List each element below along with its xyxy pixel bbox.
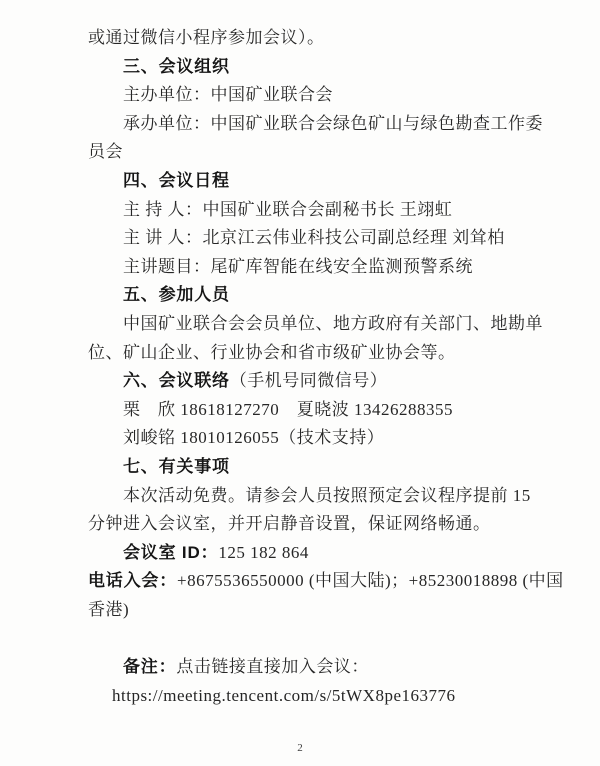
line-moderator: 主 持 人：中国矿业联合会副秘书长 王翊虹 [88, 196, 516, 225]
heading-meeting-schedule: 四、会议日程 [88, 167, 516, 196]
line-participants-1: 中国矿业联合会会员单位、地方政府有关部门、地勘单 [88, 310, 516, 339]
line-organizer-unit: 承办单位：中国矿业联合会绿色矿山与绿色勘查工作委 [88, 110, 516, 139]
line-wechat-miniprogram-note: 或通过微信小程序参加会议）。 [88, 24, 516, 53]
heading-related-matters: 七、有关事项 [88, 453, 516, 482]
line-host-unit: 主办单位：中国矿业联合会 [88, 81, 516, 110]
line-remark-join-link: 备注：点击链接直接加入会议： [88, 653, 516, 682]
heading-participants: 五、参加人员 [88, 281, 516, 310]
heading-meeting-organization: 三、会议组织 [88, 53, 516, 82]
line-dial-in-numbers-wrap: 香港) [88, 596, 516, 625]
page-number: 2 [0, 742, 600, 754]
line-organizer-unit-wrap: 员会 [88, 138, 516, 167]
line-free-event-note-1: 本次活动免费。请参会人员按照预定会议程序提前 15 [88, 482, 516, 511]
line-free-event-note-2: 分钟进入会议室，并开启静音设置，保证网络畅通。 [88, 510, 516, 539]
heading-meeting-contact: 六、会议联络（手机号同微信号） [88, 367, 516, 396]
document-page: 或通过微信小程序参加会议）。 三、会议组织 主办单位：中国矿业联合会 承办单位：… [0, 0, 600, 766]
line-dial-in-numbers: 电话入会：+8675536550000 (中国大陆)；+85230018898 … [88, 567, 516, 596]
line-participants-2: 位、矿山企业、行业协会和省市级矿业协会等。 [88, 339, 516, 368]
line-meeting-room-id: 会议室 ID：125 182 864 [88, 539, 516, 568]
meeting-url-link[interactable]: https://meeting.tencent.com/s/5tWX8pe163… [88, 682, 516, 711]
line-lecture-topic: 主讲题目：尾矿库智能在线安全监测预警系统 [88, 253, 516, 282]
line-speaker: 主 讲 人：北京江云伟业科技公司副总经理 刘耸柏 [88, 224, 516, 253]
line-contact-phones-1: 栗 欣 18618127270 夏晓波 13426288355 [88, 396, 516, 425]
document-body: 或通过微信小程序参加会议）。 三、会议组织 主办单位：中国矿业联合会 承办单位：… [88, 24, 516, 710]
line-contact-phones-2: 刘峻铭 18010126055（技术支持） [88, 424, 516, 453]
blank-line [88, 624, 516, 653]
